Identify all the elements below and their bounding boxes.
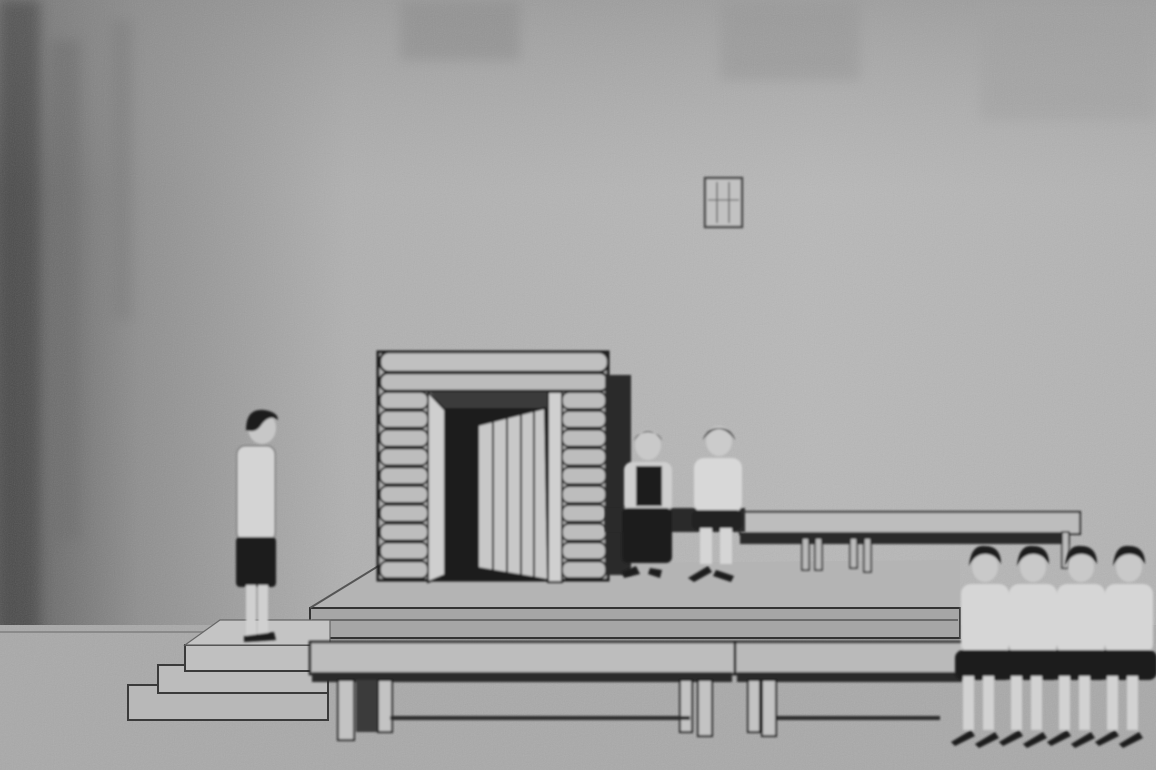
doorway [378, 352, 631, 582]
window [705, 178, 742, 227]
painting-canvas [0, 0, 1156, 770]
